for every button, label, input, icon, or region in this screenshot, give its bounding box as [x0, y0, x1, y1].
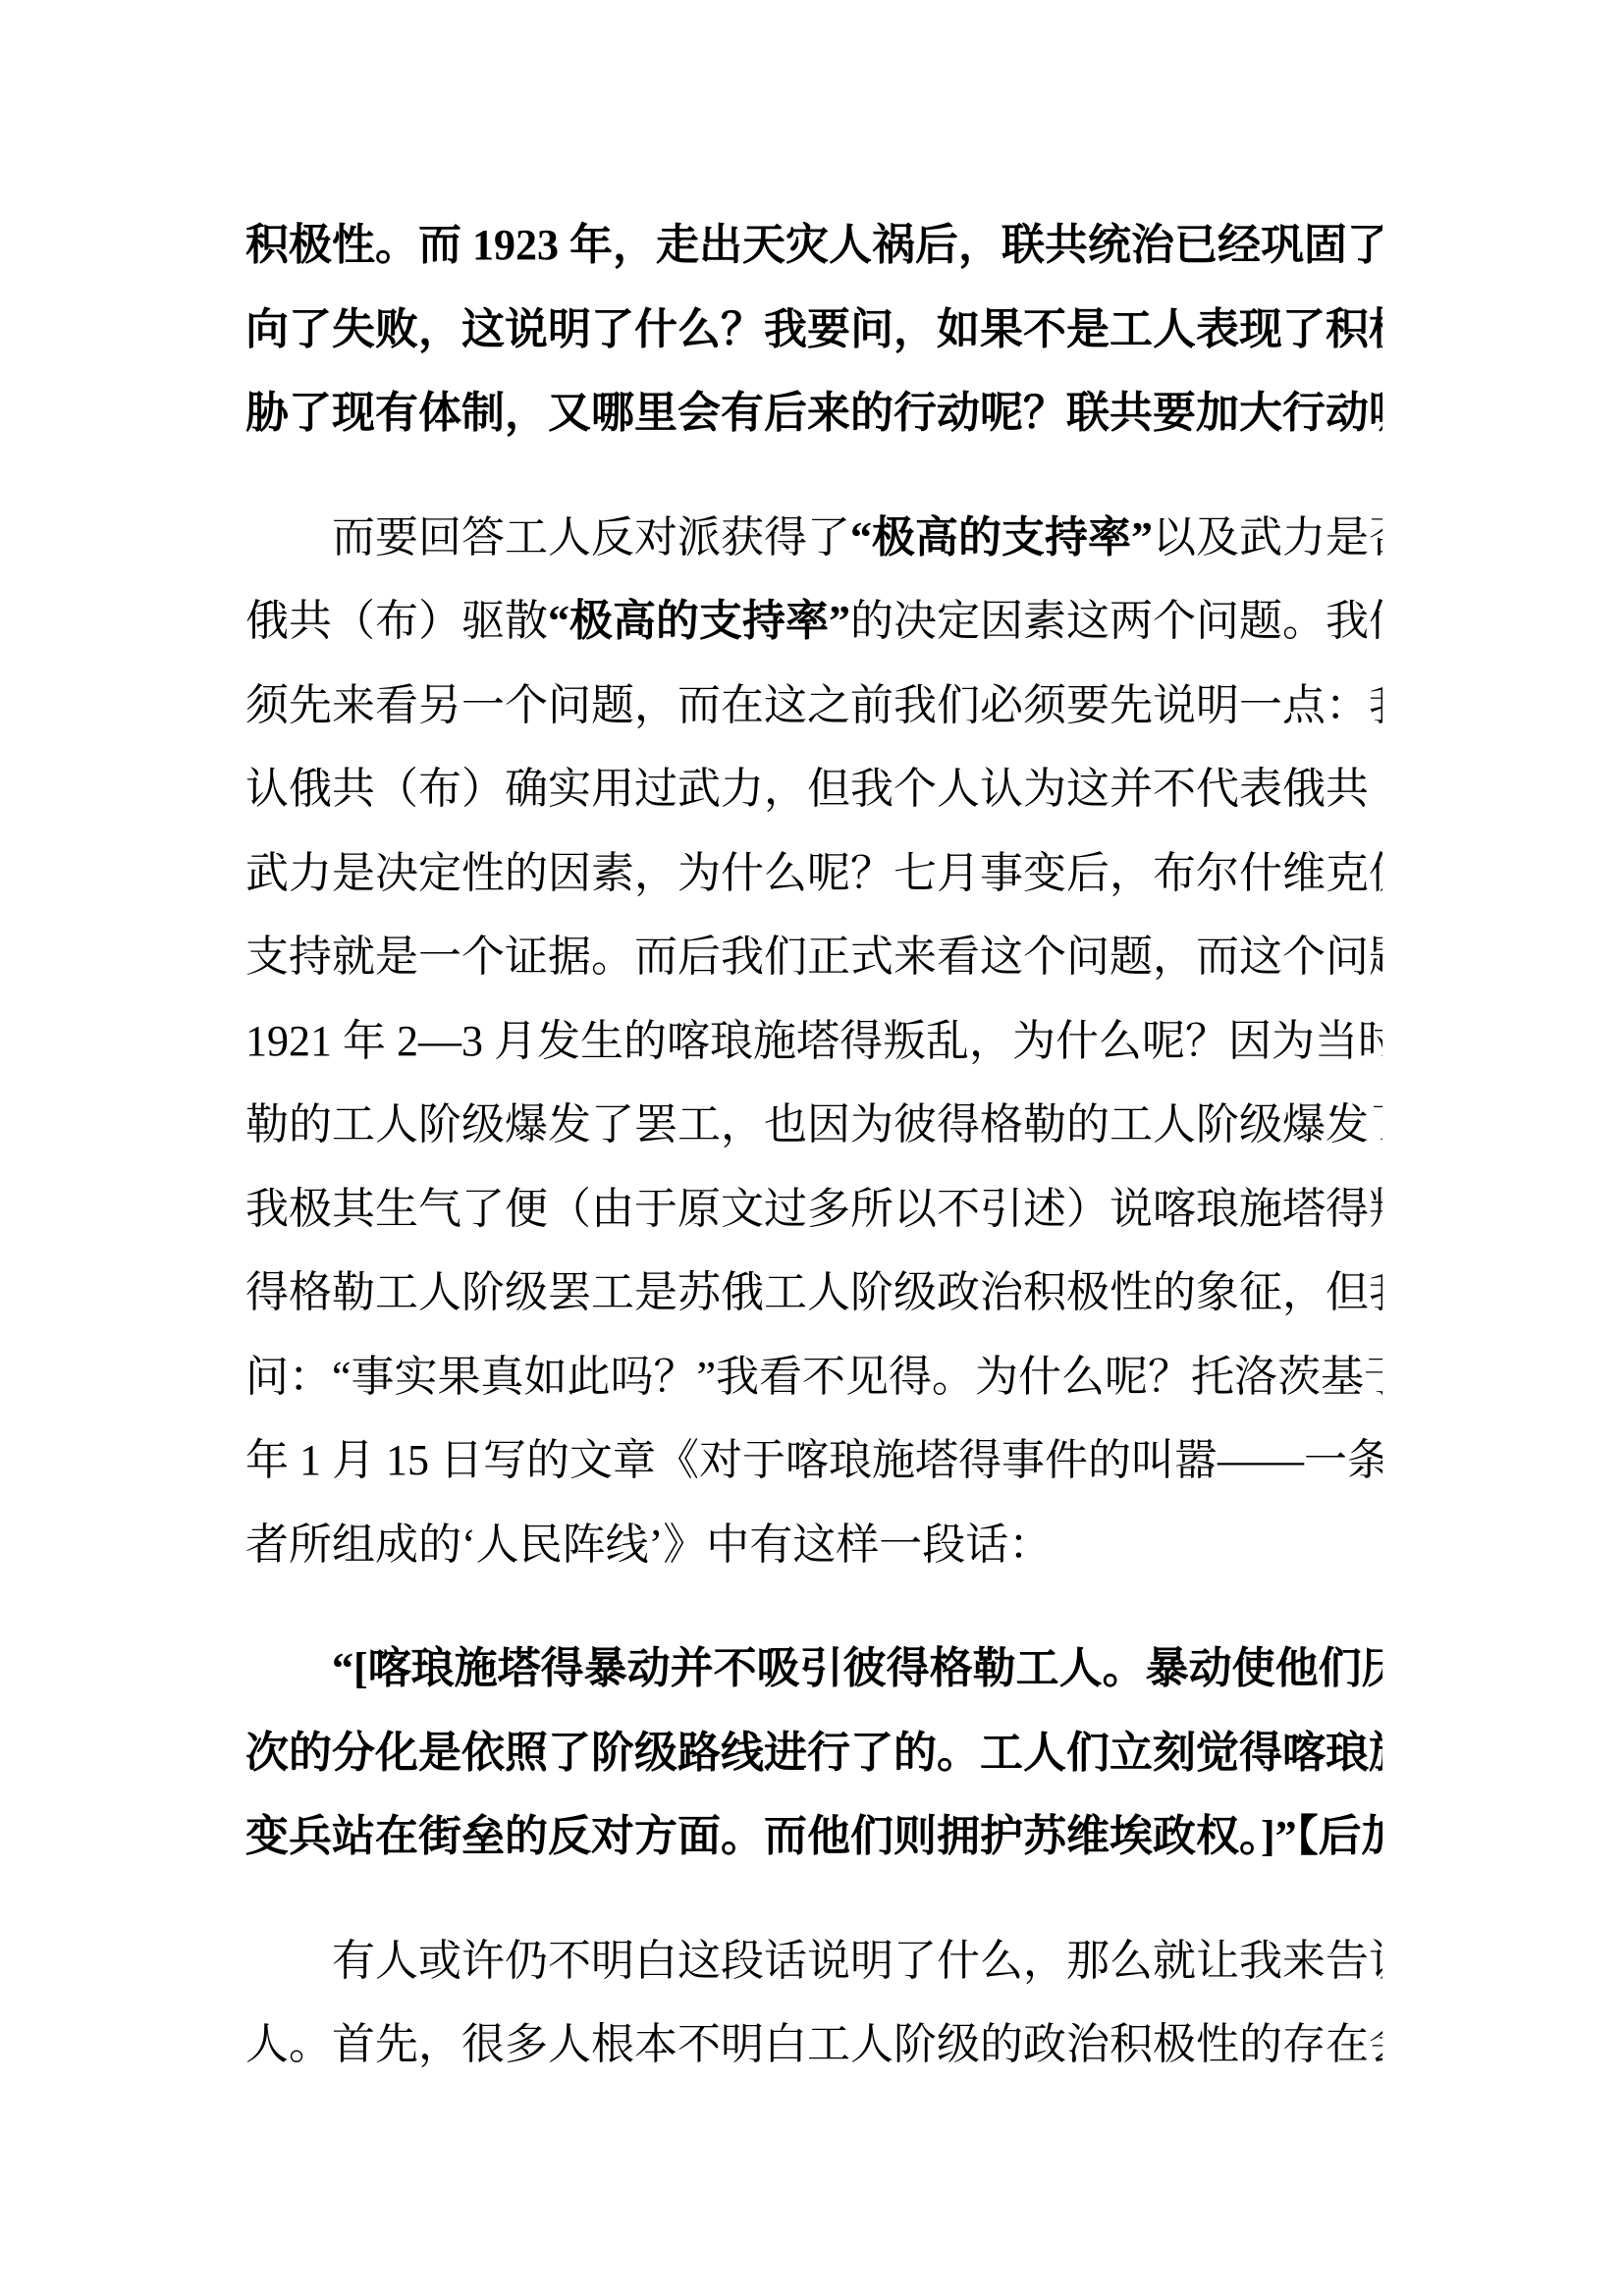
- text-segment: 以及武力是否是: [1153, 513, 1382, 561]
- text-line: 次的分化是依照了阶级路线进行了的。工人们立刻觉得喀琅施塔得的: [245, 1711, 1382, 1795]
- text-segment: 勒的工人阶级爆发了罢工，也因为彼得格勒的工人阶级爆发了罢工，: [245, 1100, 1382, 1148]
- text-line: 胁了现有体制，又哪里会有后来的行动呢？联共要加大行动呢？]”: [245, 371, 1382, 455]
- text-line: 支持就是一个证据。而后我们正式来看这个问题，而这个问题就是: [245, 915, 1382, 999]
- bold-text-segment: 次的分化是依照了阶级路线进行了的。工人们立刻觉得喀琅施塔得的: [245, 1729, 1382, 1777]
- text-segment: 者所组成的‘人民阵线’》中有这样一段话：: [245, 1521, 1052, 1569]
- text-segment: 有人或许仍不明白这段话说明了什么，那么就让我来告诉这些: [332, 1937, 1382, 1985]
- text-segment: 须先来看另一个问题，而在这之前我们必须要先说明一点：我们不否: [245, 681, 1382, 729]
- bold-text-segment: “极高的支持率”: [850, 513, 1153, 561]
- paragraph: “[喀琅施塔得暴动并不吸引彼得格勒工人。暴动使他们厌恶。层次的分化是依照了阶级路…: [245, 1627, 1382, 1879]
- text-segment: 我极其生气了便（由于原文过多所以不引述）说喀琅施塔得叛乱和彼: [245, 1185, 1382, 1233]
- text-segment: 武力是决定性的因素，为什么呢？七月事变后，布尔什维克仍然获得: [245, 849, 1382, 897]
- bold-text-segment: 向了失败，这说明了什么？我要问，如果不是工人表现了积极性，威: [245, 305, 1382, 353]
- text-segment: 支持就是一个证据。而后我们正式来看这个问题，而这个问题就是: [245, 933, 1382, 981]
- text-line: 俄共（布）驱散“极高的支持率”的决定因素这两个问题。我们就必: [245, 579, 1382, 664]
- bold-text-segment: 胁了现有体制，又哪里会有后来的行动呢？联共要加大行动呢？]”: [245, 389, 1382, 437]
- text-line: 者所组成的‘人民阵线’》中有这样一段话：: [245, 1503, 1382, 1587]
- document-page: 积极性。而 1923 年，走出天灾人祸后，联共统治已经巩固了，却走向了失败，这说…: [0, 0, 1624, 2296]
- paragraph: 而要回答工人反对派获得了“极高的支持率”以及武力是否是俄共（布）驱散“极高的支持…: [245, 496, 1382, 1587]
- text-line: 1921 年 2—3 月发生的喀琅施塔得叛乱，为什么呢？因为当时彼得格: [245, 999, 1382, 1084]
- text-line: 勒的工人阶级爆发了罢工，也因为彼得格勒的工人阶级爆发了罢工，: [245, 1083, 1382, 1167]
- text-line: 变兵站在街垒的反对方面。而他们则拥护苏维埃政权。]”【后加】: [245, 1794, 1382, 1879]
- text-segment: 得格勒工人阶级罢工是苏俄工人阶级政治积极性的象征，但我们要: [245, 1268, 1382, 1316]
- paragraph: 积极性。而 1923 年，走出天灾人祸后，联共统治已经巩固了，却走向了失败，这说…: [245, 203, 1382, 455]
- text-line: 得格勒工人阶级罢工是苏俄工人阶级政治积极性的象征，但我们要: [245, 1251, 1382, 1335]
- text-line: 须先来看另一个问题，而在这之前我们必须要先说明一点：我们不否: [245, 664, 1382, 748]
- text-segment: 认俄共（布）确实用过武力，但我个人认为这并不代表俄共（布）的: [245, 765, 1382, 813]
- text-line: 而要回答工人反对派获得了“极高的支持率”以及武力是否是: [245, 496, 1382, 580]
- bold-text-segment: 积极性。而 1923 年，走出天灾人祸后，联共统治已经巩固了，却走: [245, 221, 1382, 269]
- text-line: 认俄共（布）确实用过武力，但我个人认为这并不代表俄共（布）的: [245, 747, 1382, 831]
- bold-text-segment: “[喀琅施塔得暴动并不吸引彼得格勒工人。暴动使他们厌恶。层: [332, 1644, 1382, 1692]
- bold-text-segment: 变兵站在街垒的反对方面。而他们则拥护苏维埃政权。]”【后加】: [245, 1812, 1382, 1860]
- text-line: 积极性。而 1923 年，走出天灾人祸后，联共统治已经巩固了，却走: [245, 203, 1382, 288]
- text-line: 武力是决定性的因素，为什么呢？七月事变后，布尔什维克仍然获得: [245, 831, 1382, 916]
- text-segment: 1921 年 2—3 月发生的喀琅施塔得叛乱，为什么呢？因为当时彼得格: [245, 1017, 1382, 1065]
- text-line: 年 1 月 15 日写的文章《对于喀琅施塔得事件的叫嚣——一条由痛骂: [245, 1418, 1382, 1503]
- text-line: 有人或许仍不明白这段话说明了什么，那么就让我来告诉这些: [245, 1919, 1382, 2003]
- text-segment: 的决定因素这两个问题。我们就必: [850, 597, 1382, 645]
- text-line: “[喀琅施塔得暴动并不吸引彼得格勒工人。暴动使他们厌恶。层: [245, 1627, 1382, 1711]
- text-line: 问：“事实果真如此吗？”我看不见得。为什么呢？托洛茨基于 1938: [245, 1335, 1382, 1419]
- text-segment: 问：“事实果真如此吗？”我看不见得。为什么呢？托洛茨基于 1938: [245, 1353, 1382, 1401]
- text-segment: 俄共（布）驱散: [245, 597, 548, 645]
- text-segment: 年 1 月 15 日写的文章《对于喀琅施塔得事件的叫嚣——一条由痛骂: [245, 1436, 1382, 1484]
- text-line: 向了失败，这说明了什么？我要问，如果不是工人表现了积极性，威: [245, 288, 1382, 372]
- paragraph: 有人或许仍不明白这段话说明了什么，那么就让我来告诉这些人。首先，很多人根本不明白…: [245, 1919, 1382, 2087]
- text-line: 我极其生气了便（由于原文过多所以不引述）说喀琅施塔得叛乱和彼: [245, 1167, 1382, 1252]
- bold-text-segment: “极高的支持率”: [548, 597, 850, 645]
- text-segment: 而要回答工人反对派获得了: [332, 513, 850, 561]
- text-line: 人。首先，很多人根本不明白工人阶级的政治积极性的存在会产生什: [245, 2002, 1382, 2087]
- text-segment: 人。首先，很多人根本不明白工人阶级的政治积极性的存在会产生什: [245, 2020, 1382, 2068]
